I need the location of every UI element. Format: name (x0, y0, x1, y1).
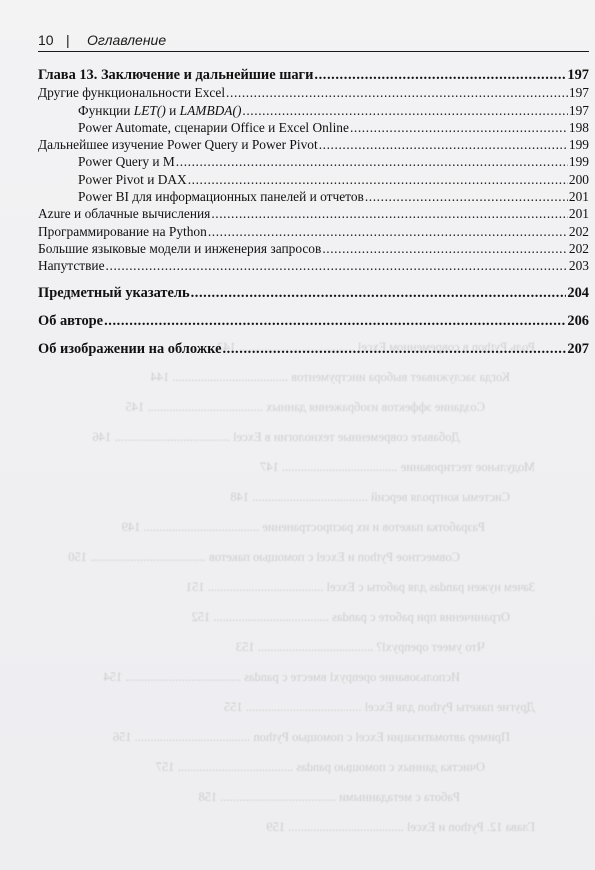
header-separator: | (66, 31, 70, 49)
bleed-through-line: Зачем нужен pandas для работы с Excel ..… (186, 580, 535, 595)
dot-leader (314, 67, 566, 84)
bleed-through-line: Пример автоматизации Excel с помощью Pyt… (113, 730, 510, 745)
dot-leader (176, 153, 568, 170)
bleed-through-line: Что умеет openpyxl? ....................… (236, 640, 485, 655)
toc-entry[interactable]: Глава 13. Заключение и дальнейшие шаги19… (38, 67, 589, 84)
toc-entry-page: 207 (567, 340, 589, 359)
toc-entry-page: 202 (569, 223, 589, 240)
toc-entry[interactable]: Предметный указатель204 (38, 284, 589, 303)
toc-entry-page: 203 (569, 257, 589, 274)
toc-entry-title-part: и (166, 103, 180, 118)
bleed-through-line: Очистка данных с помощью pandas ........… (156, 760, 485, 775)
bleed-through-line: Использование openpyxl вместе с pandas .… (103, 670, 460, 685)
toc-entry-page: 197 (567, 67, 589, 84)
dot-leader (106, 257, 568, 274)
toc-entry[interactable]: Power Pivot и DAX200 (38, 171, 589, 188)
toc-entry-title: Power Automate, сценарии Office и Excel … (78, 119, 349, 136)
toc-entry-page: 197 (569, 102, 589, 119)
toc-entry[interactable]: Azure и облачные вычисления201 (38, 205, 589, 222)
toc-entry-title: Azure и облачные вычисления (38, 205, 210, 222)
toc-entry-title: Глава 13. Заключение и дальнейшие шаги (38, 67, 313, 84)
toc-entry-title: Другие функциональности Excel (38, 84, 225, 101)
toc-entry-page: 199 (569, 136, 589, 153)
toc-entry-page: 200 (569, 171, 589, 188)
header-title: Оглавление (87, 31, 166, 49)
toc-entry-page: 201 (569, 188, 589, 205)
bleed-through-line: Совместное Python и Excel с помощью паке… (68, 550, 460, 565)
toc-entry-page: 202 (569, 240, 589, 257)
toc-entry-page: 199 (569, 153, 589, 170)
toc-entry[interactable]: Power Automate, сценарии Office и Excel … (38, 119, 589, 136)
dot-leader (365, 188, 568, 205)
toc-entry-title: Power Query и M (78, 153, 175, 170)
toc-entry-title: Дальнейшее изучение Power Query и Power … (38, 136, 318, 153)
toc-entry[interactable]: Функции LET() и LAMBDA()197 (38, 102, 589, 119)
toc-entry[interactable]: Дальнейшее изучение Power Query и Power … (38, 136, 589, 153)
bleed-through-line: Глава 12. Python и Excel ...............… (266, 820, 535, 835)
toc-entry-title-part: LAMBDA() (180, 103, 242, 118)
dot-leader (242, 102, 568, 119)
toc-entry-page: 197 (569, 84, 589, 101)
dot-leader (208, 223, 568, 240)
toc-entry-title: Об авторе (38, 312, 103, 331)
running-header: 10 | Оглавление (38, 31, 589, 52)
bleed-through-line: Когда заслуживает выбора инструментов ..… (151, 370, 510, 385)
dot-leader (319, 136, 568, 153)
toc-entry-page: 198 (569, 119, 589, 136)
toc-entry-title: Предметный указатель (38, 284, 190, 303)
bleed-through-line: Создание эффектов изображения данных ...… (125, 400, 485, 415)
toc-entry-title: Power BI для информационных панелей и от… (78, 188, 364, 205)
dot-leader (211, 205, 568, 222)
bleed-through-text: Роль Python в современном Excel ........… (0, 330, 595, 870)
table-of-contents: Глава 13. Заключение и дальнейшие шаги19… (38, 67, 589, 359)
bleed-through-line: Системы контроля версий ................… (230, 490, 510, 505)
toc-entry[interactable]: Power Query и M199 (38, 153, 589, 170)
toc-entry-title: Напутствие (38, 257, 105, 274)
toc-entry-page: 206 (567, 312, 589, 331)
dot-leader (188, 171, 568, 188)
toc-entry-title: Функции LET() и LAMBDA() (78, 102, 241, 119)
bleed-through-line: Другие пакеты Python для Excel .........… (224, 700, 535, 715)
toc-entry[interactable]: Другие функциональности Excel197 (38, 84, 589, 101)
toc-entry[interactable]: Об изображении на обложке207 (38, 340, 589, 359)
toc-entry[interactable]: Напутствие203 (38, 257, 589, 274)
toc-entry-title: Программирование на Python (38, 223, 207, 240)
toc-entry-page: 201 (569, 205, 589, 222)
toc-entry[interactable]: Программирование на Python202 (38, 223, 589, 240)
bleed-through-line: Работа с метаданными ...................… (199, 790, 460, 805)
bleed-through-line: Ограничения при работе с pandas ........… (191, 610, 510, 625)
toc-entry[interactable]: Об авторе206 (38, 312, 589, 331)
book-page: 10 | Оглавление Глава 13. Заключение и д… (0, 0, 595, 870)
toc-entry-title: Power Pivot и DAX (78, 171, 187, 188)
dot-leader (104, 312, 566, 331)
dot-leader (226, 84, 568, 101)
dot-leader (350, 119, 568, 136)
bleed-through-line: Добавьте современные технологии в Excel … (93, 430, 460, 445)
page-number: 10 (38, 31, 54, 49)
dot-leader (191, 284, 567, 303)
toc-entry-page: 204 (567, 284, 589, 303)
dot-leader (222, 340, 566, 359)
toc-entry-title-part: Функции (78, 103, 134, 118)
bleed-through-line: Разработка пакетов и их распространение … (122, 520, 485, 535)
toc-entry[interactable]: Power BI для информационных панелей и от… (38, 188, 589, 205)
dot-leader (322, 240, 568, 257)
bleed-through-line: Модульное тестирование .................… (260, 460, 535, 475)
toc-entry[interactable]: Большие языковые модели и инженерия запр… (38, 240, 589, 257)
toc-entry-title: Большие языковые модели и инженерия запр… (38, 240, 321, 257)
toc-entry-title-part: LET() (134, 103, 166, 118)
toc-entry-title: Об изображении на обложке (38, 340, 221, 359)
